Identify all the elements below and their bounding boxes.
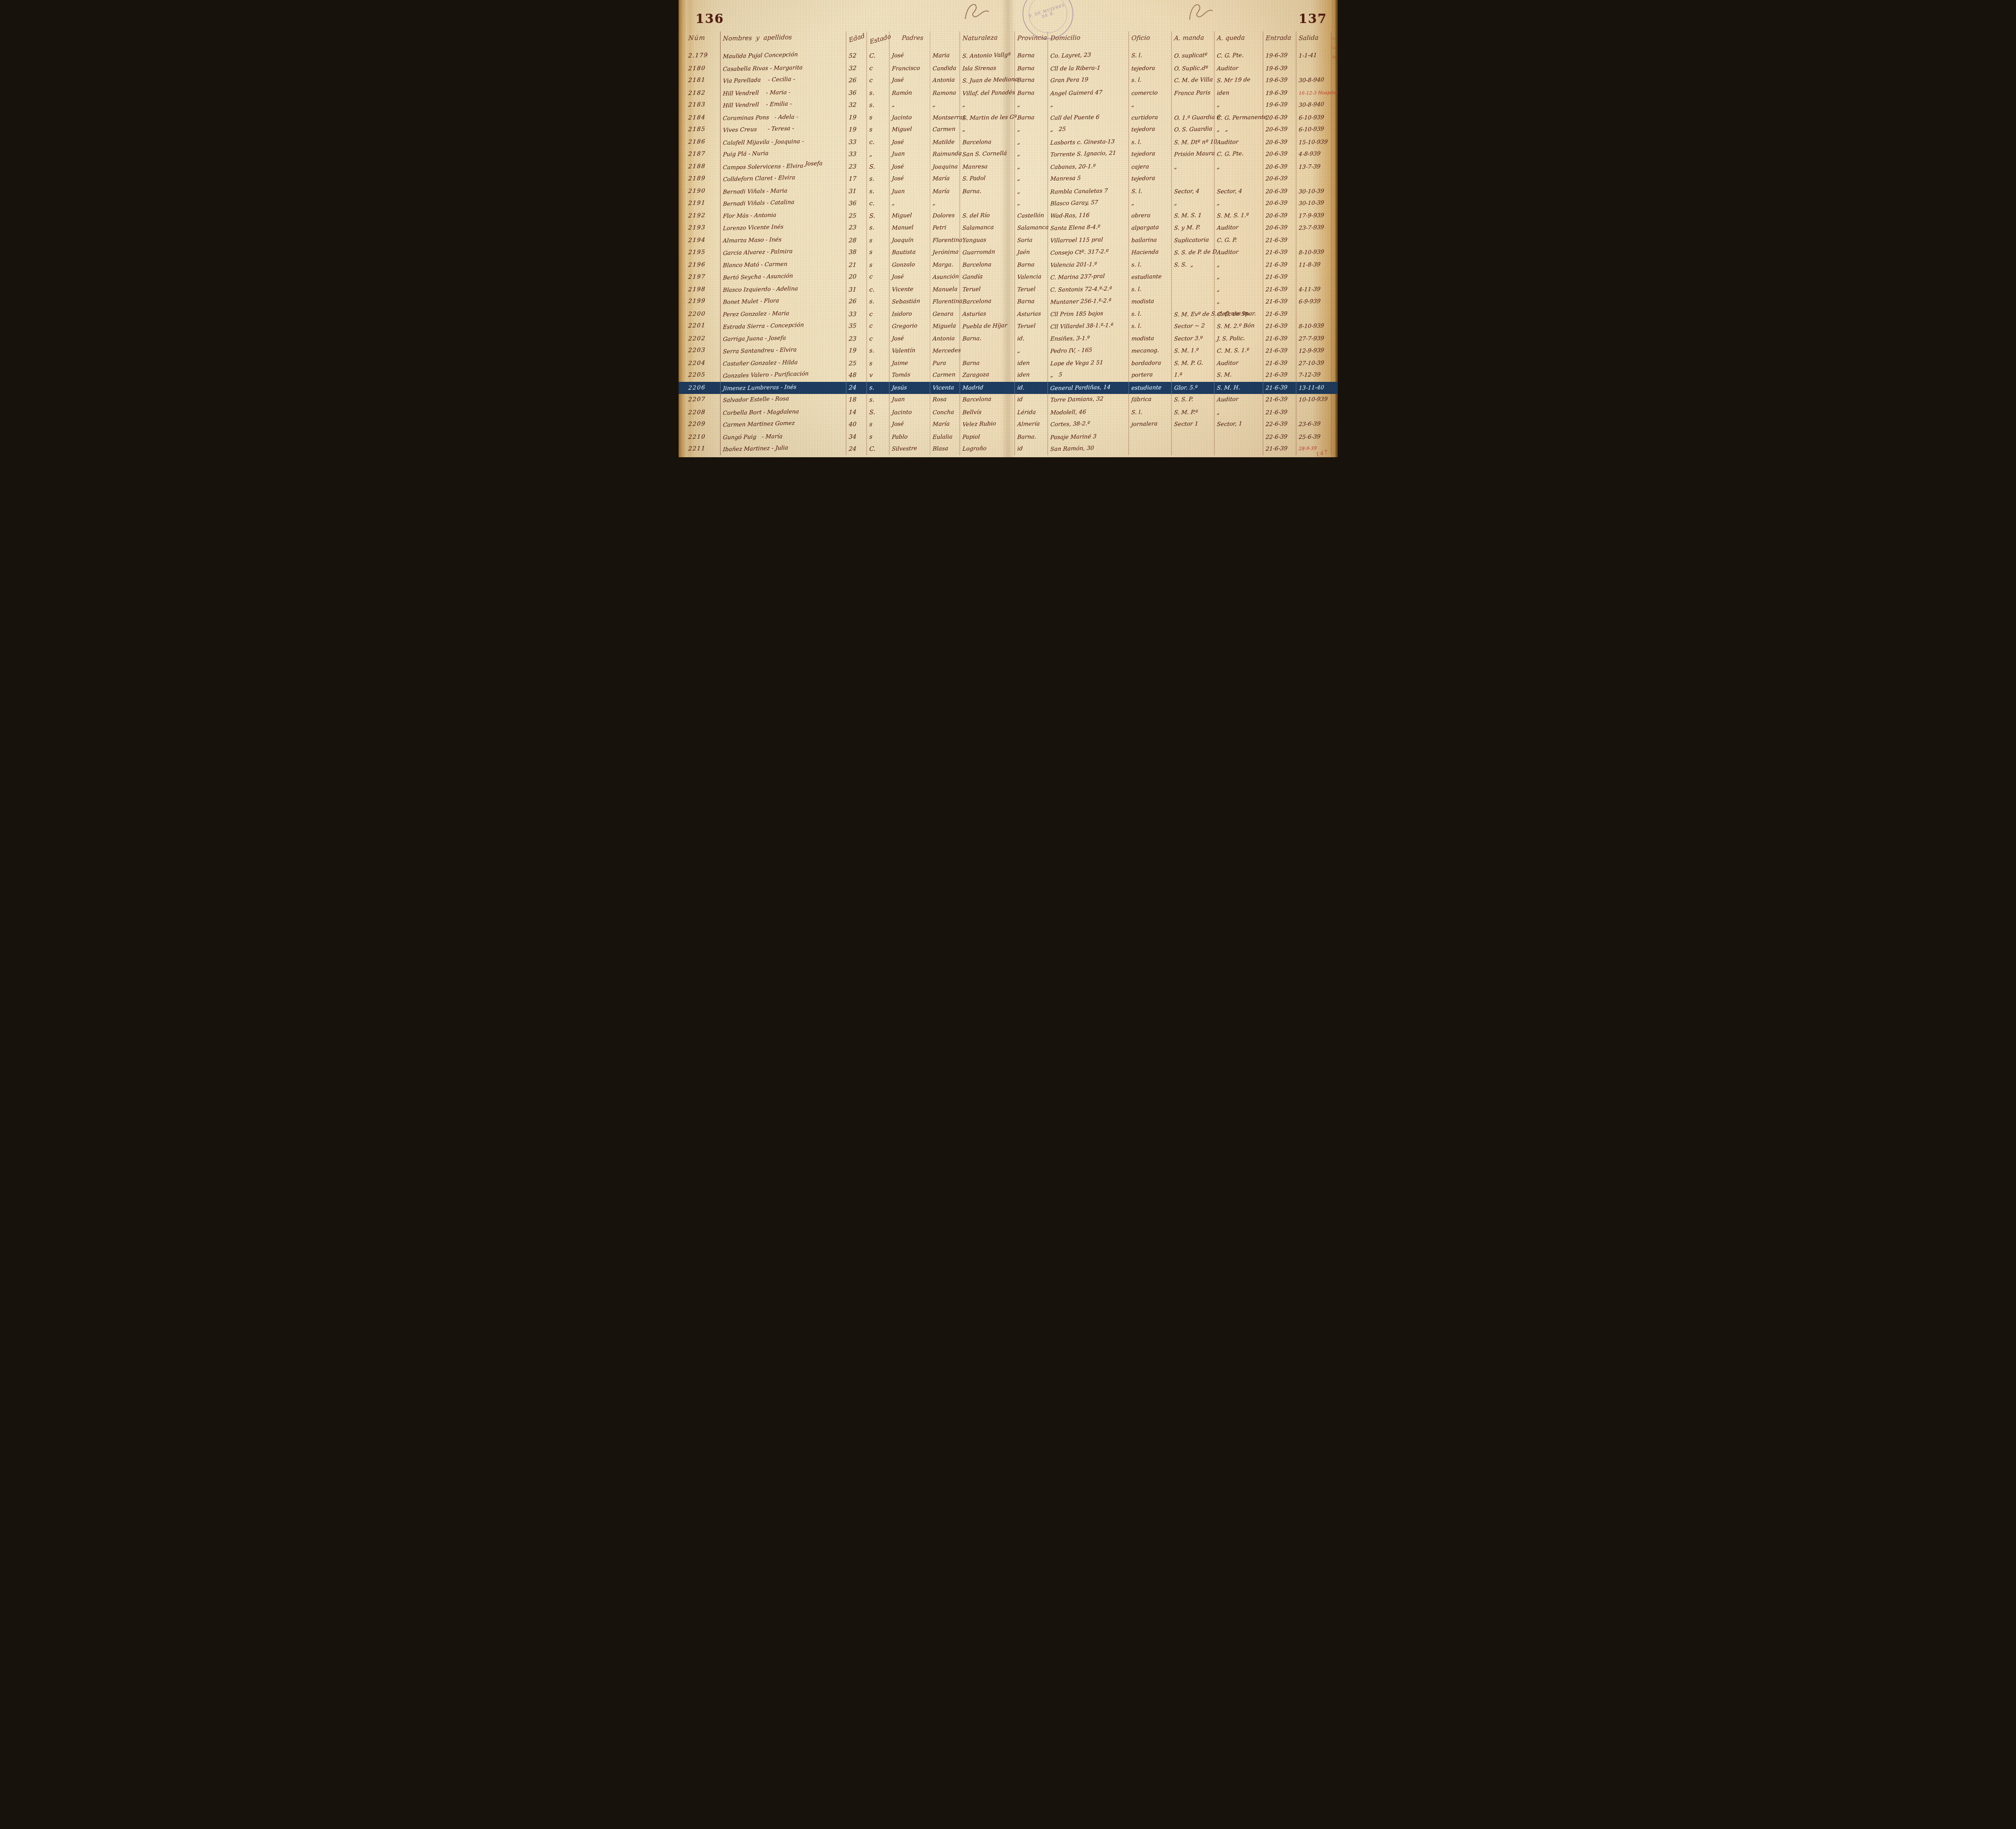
cell-padre: José <box>889 75 930 87</box>
cell-num: 2210 <box>686 431 720 443</box>
cell-provincia: „ <box>1014 198 1048 210</box>
cell-queda: C. G. Permanente <box>1214 112 1263 124</box>
cell-madre: Florentina <box>930 296 960 308</box>
header-name: Nombres y apellidos <box>720 31 846 50</box>
cell-num: 2193 <box>686 222 720 234</box>
cell-num: 2207 <box>686 394 720 406</box>
cell-naturaleza: S. del Río <box>960 210 1014 222</box>
cell-salida: 16-12-3 Hospital <box>1296 87 1331 99</box>
cell-domicilio: Cortes, 38-2.º <box>1048 419 1129 431</box>
cell-estado: c. <box>866 198 889 210</box>
cell-madre: María <box>930 419 960 431</box>
cell-estado: s <box>866 124 889 136</box>
cell-naturaleza: S. Martin de les Gª <box>960 112 1014 124</box>
cell-padre: Tomás <box>889 369 930 381</box>
cell-madre: Matilde <box>930 136 960 148</box>
cell-num: 2201 <box>686 320 720 332</box>
cell-domicilio: Modolell, 46 <box>1048 406 1129 419</box>
cell-estado: s. <box>866 296 889 308</box>
cell-name: Perez Gonzalez - Maria <box>720 308 846 320</box>
cell-queda: Auditor <box>1214 247 1263 259</box>
ink-flourish-icon <box>1185 0 1216 23</box>
cell-salida: 30-10-39 <box>1296 198 1331 210</box>
cell-domicilio: Cll Villardel 38-1.º-1.ª <box>1048 320 1129 332</box>
cell-naturaleza: Teruel <box>960 283 1014 296</box>
cell-domicilio: Rambla Canaletas 7 <box>1048 185 1129 197</box>
table-row: 2194Almarza Maso - Inés28sJoaquínFlorent… <box>686 234 1331 246</box>
table-row-highlighted: 2206Jimenez Lumbreras - Inés24s.JesúsVic… <box>686 382 1331 394</box>
cell-madre: Raimunda <box>930 148 960 160</box>
cell-estado: s. <box>866 87 889 99</box>
cell-domicilio: Cll Prim 185 bajos <box>1048 308 1129 320</box>
cell-naturaleza: S. Padol <box>960 173 1014 185</box>
cell-padre: José <box>889 419 930 431</box>
cell-padre: José <box>889 173 930 185</box>
cell-salida: 7-12-39 <box>1296 369 1331 381</box>
cell-name: Bernadi Viñals - Maria <box>720 185 846 197</box>
cell-oficio: tejedora <box>1129 173 1171 185</box>
cell-estado: s. <box>866 185 889 197</box>
cell-salida: 10-10-939 <box>1296 394 1331 406</box>
cell-madre: Asunción <box>930 271 960 283</box>
cell-num: 2190 <box>686 185 720 197</box>
cell-provincia: Barna <box>1014 75 1048 87</box>
cell-entrada: 20-6-39 <box>1263 198 1296 210</box>
cell-padre: Jesús <box>889 382 930 394</box>
cell-madre: Blasa <box>930 443 960 455</box>
cell-oficio: curtidora <box>1129 112 1171 124</box>
cell-domicilio: Torre Damians, 32 <box>1048 394 1129 406</box>
cell-edad: 33 <box>846 136 866 148</box>
cell-queda: S. M. S. 1.º <box>1214 210 1263 222</box>
cell-entrada: 20-6-39 <box>1263 173 1296 185</box>
cell-oficio: cajera <box>1129 160 1171 173</box>
cell-madre: María <box>930 173 960 185</box>
cell-salida: 13-7-39 <box>1296 160 1331 173</box>
cell-padre: „ <box>889 198 930 210</box>
cell-domicilio: Pedro IV, - 165 <box>1048 345 1129 357</box>
cell-salida: 30-8-940 <box>1296 99 1331 111</box>
cell-naturaleza: Barcelona <box>960 259 1014 271</box>
cell-name: Blanco Mató - Carmen <box>720 259 846 271</box>
cell-entrada: 21-6-39 <box>1263 271 1296 283</box>
cell-padre: Valentín <box>889 345 930 357</box>
cell-queda: „ <box>1214 271 1263 283</box>
cell-domicilio: Santa Elena 8-4.º <box>1048 222 1129 234</box>
cell-padre: Sebastián <box>889 296 930 308</box>
cell-name: Carmen Martinez Gomez <box>720 419 846 431</box>
cell-domicilio: Co. Layret, 23 <box>1048 50 1129 62</box>
cell-entrada: 21-6-39 <box>1263 406 1296 419</box>
cell-num: 2191 <box>686 198 720 210</box>
cell-padre: Juan <box>889 185 930 197</box>
cell-entrada: 21-6-39 <box>1263 234 1296 246</box>
cell-padre: Francisco <box>889 62 930 75</box>
cell-padre: Manuel <box>889 222 930 234</box>
cell-padre: Ramón <box>889 87 930 99</box>
cell-provincia: Castellón <box>1014 210 1048 222</box>
cell-queda: S. M. H. <box>1214 382 1263 394</box>
cell-manda: S. M. Evº de S. defensa m. <box>1171 308 1214 320</box>
cell-queda: „ <box>1214 283 1263 296</box>
register-table: NúmNombres y apellidosEdadEstadoPadresNa… <box>686 31 1331 455</box>
cell-estado: C. <box>866 443 889 455</box>
cell-name: Hill Vendrell - Maria - <box>720 87 846 99</box>
table-row: 2209Carmen Martinez Gomez40sJoséMaríaVel… <box>686 419 1331 431</box>
cell-oficio: s. l. <box>1129 308 1171 320</box>
cell-num: 2209 <box>686 419 720 431</box>
cell-madre: Petri <box>930 222 960 234</box>
cell-padre: Silvestre <box>889 443 930 455</box>
cell-salida: 1-1-41 <box>1296 50 1331 62</box>
table-row: 2184Coraminas Pons - Adela -19sJacintoMo… <box>686 112 1331 124</box>
cell-oficio: bordadora <box>1129 357 1171 369</box>
cell-madre: Antonia <box>930 333 960 345</box>
table-row: 2191Bernadi Viñals - Catalina36c.„„„Blas… <box>686 198 1331 210</box>
ink-stamp-text: P. DE MUJERES DE B. <box>1023 2 1073 25</box>
cell-naturaleza: Barcelona <box>960 136 1014 148</box>
cell-padre: Bautista <box>889 247 930 259</box>
cell-madre: Carmen <box>930 369 960 381</box>
cell-edad: 52 <box>846 50 866 62</box>
cell-estado: s. <box>866 222 889 234</box>
cell-queda: Sector, 1 <box>1214 419 1263 431</box>
cell-oficio: S. l. <box>1129 50 1171 62</box>
cell-estado: c. <box>866 283 889 296</box>
cell-manda: C. M. de Villa <box>1171 75 1214 87</box>
cell-provincia: Salamanca <box>1014 222 1048 234</box>
cell-entrada: 21-6-39 <box>1263 357 1296 369</box>
cell-edad: 25 <box>846 357 866 369</box>
cell-entrada: 21-6-39 <box>1263 320 1296 332</box>
table-row: 2204Castañer Gonzalez - Hilda25sJaimePur… <box>686 357 1331 369</box>
cell-padre: Jacinto <box>889 406 930 419</box>
cell-padre: Jaime <box>889 357 930 369</box>
cell-queda: „ <box>1214 406 1263 419</box>
cell-domicilio: Lope de Vega 2 51 <box>1048 357 1129 369</box>
cell-manda: S. S. „ <box>1171 259 1214 271</box>
cell-oficio: s. l. <box>1129 75 1171 87</box>
cell-estado: s. <box>866 345 889 357</box>
cell-oficio <box>1129 443 1171 455</box>
cell-edad: 25 <box>846 210 866 222</box>
cell-estado: c <box>866 333 889 345</box>
cell-madre: Carmen <box>930 124 960 136</box>
cell-num: 2180 <box>686 62 720 75</box>
table-row: 2195Garcia Alvarez - Palmira38sBautistaJ… <box>686 247 1331 259</box>
cell-naturaleza: „ <box>960 99 1014 111</box>
cell-provincia: Barna. <box>1014 431 1048 443</box>
table-row: 2192Flor Más - Antonia25S.MiguelDoloresS… <box>686 210 1331 222</box>
cell-provincia: „ <box>1014 99 1048 111</box>
cell-padre: Isidoro <box>889 308 930 320</box>
cell-estado: s. <box>866 99 889 111</box>
cell-edad: 32 <box>846 99 866 111</box>
cell-domicilio: Ensiñes, 3-1.º <box>1048 333 1129 345</box>
cell-name: Corbella Bort - Magdalena <box>720 406 846 419</box>
cell-oficio: Hacienda <box>1129 247 1171 259</box>
cell-padre: José <box>889 271 930 283</box>
cell-name: Puig Plá - Nuria <box>720 148 846 160</box>
cell-madre: Joaquina <box>930 160 960 173</box>
cell-naturaleza: Gandía <box>960 271 1014 283</box>
cell-naturaleza: Velez Rubio <box>960 419 1014 431</box>
cell-oficio: tejedora <box>1129 148 1171 160</box>
cell-domicilio: Consejo Ctº. 317-2.º <box>1048 247 1129 259</box>
table-row: 2.179Maulida Pujal Concepción52C.JoséMar… <box>686 50 1331 62</box>
cell-entrada: 19-6-39 <box>1263 75 1296 87</box>
cell-manda: O. suplicatº <box>1171 50 1214 62</box>
table-row: 2199Bonet Mulet - Flora26s.SebastiánFlor… <box>686 296 1331 308</box>
cell-name: Lorenzo Vicente Inés <box>720 222 846 234</box>
cell-entrada: 20-6-39 <box>1263 185 1296 197</box>
cell-num: 2198 <box>686 283 720 296</box>
cell-estado: s <box>866 431 889 443</box>
cell-madre: Florentina <box>930 234 960 246</box>
header-naturaleza: Naturaleza <box>960 31 1014 50</box>
cell-salida: 17-9-939 <box>1296 210 1331 222</box>
cell-naturaleza: S. Antonio Vallgª <box>960 50 1014 62</box>
cell-queda: C. G. de Spar. <box>1214 308 1263 320</box>
cell-edad: 31 <box>846 283 866 296</box>
cell-num: 2196 <box>686 259 720 271</box>
cell-estado: s. <box>866 173 889 185</box>
cell-oficio: tejedora <box>1129 62 1171 75</box>
table-row: 2211Ibañez Martinez - Julia24C.Silvestre… <box>686 443 1331 455</box>
cell-num: 2185 <box>686 124 720 136</box>
cell-queda: Auditor <box>1214 62 1263 75</box>
cell-oficio: „ <box>1129 99 1171 111</box>
cell-name: Bonet Mulet - Flora <box>720 296 846 308</box>
cell-num: 2192 <box>686 210 720 222</box>
header-domicilio: Domicilio <box>1048 31 1129 50</box>
cell-madre: Miguela <box>930 320 960 332</box>
cell-manda: S. M. 1.º <box>1171 345 1214 357</box>
cell-salida: 25-6-39 <box>1296 431 1331 443</box>
cell-manda: Franca Paris <box>1171 87 1214 99</box>
cell-padre: Vicente <box>889 283 930 296</box>
cell-edad: 14 <box>846 406 866 419</box>
table-row: 2201Estrada Sierra - Concepción35cGregor… <box>686 320 1331 332</box>
cell-salida: 30-10-39 <box>1296 185 1331 197</box>
cell-domicilio: Cabanas, 20-1.º <box>1048 160 1129 173</box>
cell-oficio: modista <box>1129 296 1171 308</box>
cell-naturaleza: S. Juan de Mediona <box>960 75 1014 87</box>
cell-oficio: comercio <box>1129 87 1171 99</box>
cell-domicilio: Call del Puente 6 <box>1048 112 1129 124</box>
cell-oficio: s. l. <box>1129 283 1171 296</box>
header-padre: Padres <box>889 31 930 50</box>
cell-estado: c <box>866 75 889 87</box>
cell-salida <box>1296 308 1331 320</box>
cell-entrada: 21-6-39 <box>1263 394 1296 406</box>
cell-naturaleza: Puebla de Híjar <box>960 320 1014 332</box>
cell-provincia: Valencia <box>1014 271 1048 283</box>
header-provincia: Provincia <box>1014 31 1048 50</box>
cell-manda: O. S. Guardia <box>1171 124 1214 136</box>
table-row: 2186Calafell Mijavila - Joaquina -33c.Jo… <box>686 136 1331 148</box>
cell-num: 2197 <box>686 271 720 283</box>
cell-num: 2186 <box>686 136 720 148</box>
header-num: Núm <box>686 31 720 50</box>
cell-manda: S. M. Dtº nº 10 <box>1171 136 1214 148</box>
cell-edad: 33 <box>846 308 866 320</box>
cell-num: 2200 <box>686 308 720 320</box>
cell-edad: 19 <box>846 345 866 357</box>
cell-entrada: 19-6-39 <box>1263 99 1296 111</box>
cell-madre: Dolores <box>930 210 960 222</box>
table-row: 2200Perez Gonzalez - Maria33cIsidoroGena… <box>686 308 1331 320</box>
cell-provincia: „ <box>1014 136 1048 148</box>
cell-manda <box>1171 271 1214 283</box>
cell-estado: s <box>866 247 889 259</box>
cell-name: Flor Más - Antonia <box>720 210 846 222</box>
cell-salida: 27-7-939 <box>1296 333 1331 345</box>
cell-domicilio: Manresa 5 <box>1048 173 1129 185</box>
cell-entrada: 21-6-39 <box>1263 283 1296 296</box>
cell-domicilio: Pasaje Mariné 3 <box>1048 431 1129 443</box>
cell-provincia: Lérida <box>1014 406 1048 419</box>
cell-padre: Joaquín <box>889 234 930 246</box>
cell-manda: Sector ~ 2 <box>1171 320 1214 332</box>
cell-edad: 20 <box>846 271 866 283</box>
cell-estado: c. <box>866 136 889 148</box>
cell-madre: Ramona <box>930 87 960 99</box>
cell-queda: „ <box>1214 99 1263 111</box>
cell-queda: S. Mr 19 de <box>1214 75 1263 87</box>
cell-padre: Pablo <box>889 431 930 443</box>
cell-madre: „ <box>930 99 960 111</box>
cell-salida: 13-11-40 <box>1296 382 1331 394</box>
cell-num: 2188 <box>686 160 720 173</box>
cell-manda: S. M. S. 1 <box>1171 210 1214 222</box>
cell-manda: Sector, 4 <box>1171 185 1214 197</box>
cell-manda <box>1171 99 1214 111</box>
cell-edad: 26 <box>846 296 866 308</box>
cell-manda <box>1171 443 1214 455</box>
cell-oficio <box>1129 431 1171 443</box>
table-row: 2208Corbella Bort - Magdalena14S.Jacinto… <box>686 406 1331 419</box>
table-row: 2193Lorenzo Vicente Inés23s.ManuelPetriS… <box>686 222 1331 234</box>
cell-estado: S. <box>866 160 889 173</box>
header-oficio: Oficio <box>1129 31 1171 50</box>
cell-name: Campos Solervicens - ElviraJosefa <box>720 160 846 173</box>
cell-edad: 31 <box>846 185 866 197</box>
cell-edad: 18 <box>846 394 866 406</box>
cell-entrada: 21-6-39 <box>1263 333 1296 345</box>
cell-provincia: id <box>1014 443 1048 455</box>
ledger-scan-page: 136 137 P. DE MUJERES DE B. 3 5 8 147 Nú… <box>679 0 1338 457</box>
cell-queda: C. M. S. 1.º <box>1214 345 1263 357</box>
cell-entrada: 22-6-39 <box>1263 431 1296 443</box>
cell-entrada: 20-6-39 <box>1263 124 1296 136</box>
cell-edad: 21 <box>846 259 866 271</box>
cell-madre: Rosa <box>930 394 960 406</box>
cell-padre: Juan <box>889 148 930 160</box>
cell-oficio: „ <box>1129 198 1171 210</box>
cell-num: 2206 <box>686 382 720 394</box>
cell-salida: 6-9-939 <box>1296 296 1331 308</box>
cell-queda: C. G. P. <box>1214 234 1263 246</box>
cell-queda: C. G. Pte. <box>1214 148 1263 160</box>
cell-num: 2181 <box>686 75 720 87</box>
cell-provincia: „ <box>1014 160 1048 173</box>
cell-padre: Miguel <box>889 124 930 136</box>
cell-edad: 48 <box>846 369 866 381</box>
header-edad: Edad <box>846 31 866 50</box>
cell-num: 2208 <box>686 406 720 419</box>
cell-queda <box>1214 443 1263 455</box>
cell-domicilio: „ 5 <box>1048 369 1129 381</box>
cell-edad: 34 <box>846 431 866 443</box>
cell-queda: Sector, 4 <box>1214 185 1263 197</box>
cell-estado: S. <box>866 406 889 419</box>
cell-entrada: 19-6-39 <box>1263 50 1296 62</box>
cell-manda: Sector 3.º <box>1171 333 1214 345</box>
cell-name: Estrada Sierra - Concepción <box>720 320 846 332</box>
cell-domicilio: Gran Pera 19 <box>1048 75 1129 87</box>
cell-oficio: modista <box>1129 333 1171 345</box>
cell-naturaleza: Manresa <box>960 160 1014 173</box>
cell-naturaleza: Barna <box>960 357 1014 369</box>
cell-edad: 19 <box>846 124 866 136</box>
table-row: 2183Hill Vendrell - Emilia -32s.„„„„„„„1… <box>686 99 1331 111</box>
cell-provincia: Almería <box>1014 419 1048 431</box>
cell-name: Salvador Estelle - Rosa <box>720 394 846 406</box>
cell-provincia: Barna <box>1014 50 1048 62</box>
cell-naturaleza: Barcelona <box>960 394 1014 406</box>
cell-name: Via Parellada - Cecilia - <box>720 75 846 87</box>
cell-queda: C. G. Pte. <box>1214 50 1263 62</box>
cell-madre: Eulalia <box>930 431 960 443</box>
cell-naturaleza <box>960 198 1014 210</box>
cell-provincia: „ <box>1014 345 1048 357</box>
table-body: 2.179Maulida Pujal Concepción52C.JoséMar… <box>686 50 1331 455</box>
cell-name: Garcia Alvarez - Palmira <box>720 247 846 259</box>
cell-edad: 36 <box>846 198 866 210</box>
cell-name: Colldeforn Claret - Elvira <box>720 173 846 185</box>
cell-domicilio: Villarroel 115 pral <box>1048 234 1129 246</box>
cell-edad: 36 <box>846 87 866 99</box>
table-row: 2207Salvador Estelle - Rosa18s.JuanRosaB… <box>686 394 1331 406</box>
cell-padre: José <box>889 333 930 345</box>
red-margin-scribble: 3 5 8 <box>1331 37 1337 61</box>
cell-oficio: s. l. <box>1129 136 1171 148</box>
cell-padre: Jacinto <box>889 112 930 124</box>
cell-name: Blasco Izquierdo - Adelina <box>720 283 846 296</box>
cell-domicilio: C. Santonis 72-4.º-2.ª <box>1048 283 1129 296</box>
cell-padre: Juan <box>889 394 930 406</box>
cell-madre: Pura <box>930 357 960 369</box>
cell-oficio: estudiante <box>1129 382 1171 394</box>
cell-edad: 24 <box>846 382 866 394</box>
cell-salida: 30-8-940 <box>1296 75 1331 87</box>
cell-estado: „ <box>866 148 889 160</box>
cell-manda <box>1171 296 1214 308</box>
cell-entrada: 20-6-39 <box>1263 112 1296 124</box>
cell-estado: c <box>866 308 889 320</box>
cell-manda: Sector 1 <box>1171 419 1214 431</box>
cell-estado: s. <box>866 382 889 394</box>
cell-entrada: 22-6-39 <box>1263 419 1296 431</box>
cell-madre: Concha <box>930 406 960 419</box>
table-row: 2188Campos Solervicens - ElviraJosefa23S… <box>686 160 1331 173</box>
cell-oficio: s. l. <box>1129 320 1171 332</box>
cell-provincia: Teruel <box>1014 283 1048 296</box>
cell-provincia: Barna <box>1014 296 1048 308</box>
cell-naturaleza: Salamanca <box>960 222 1014 234</box>
cell-edad: 33 <box>846 148 866 160</box>
